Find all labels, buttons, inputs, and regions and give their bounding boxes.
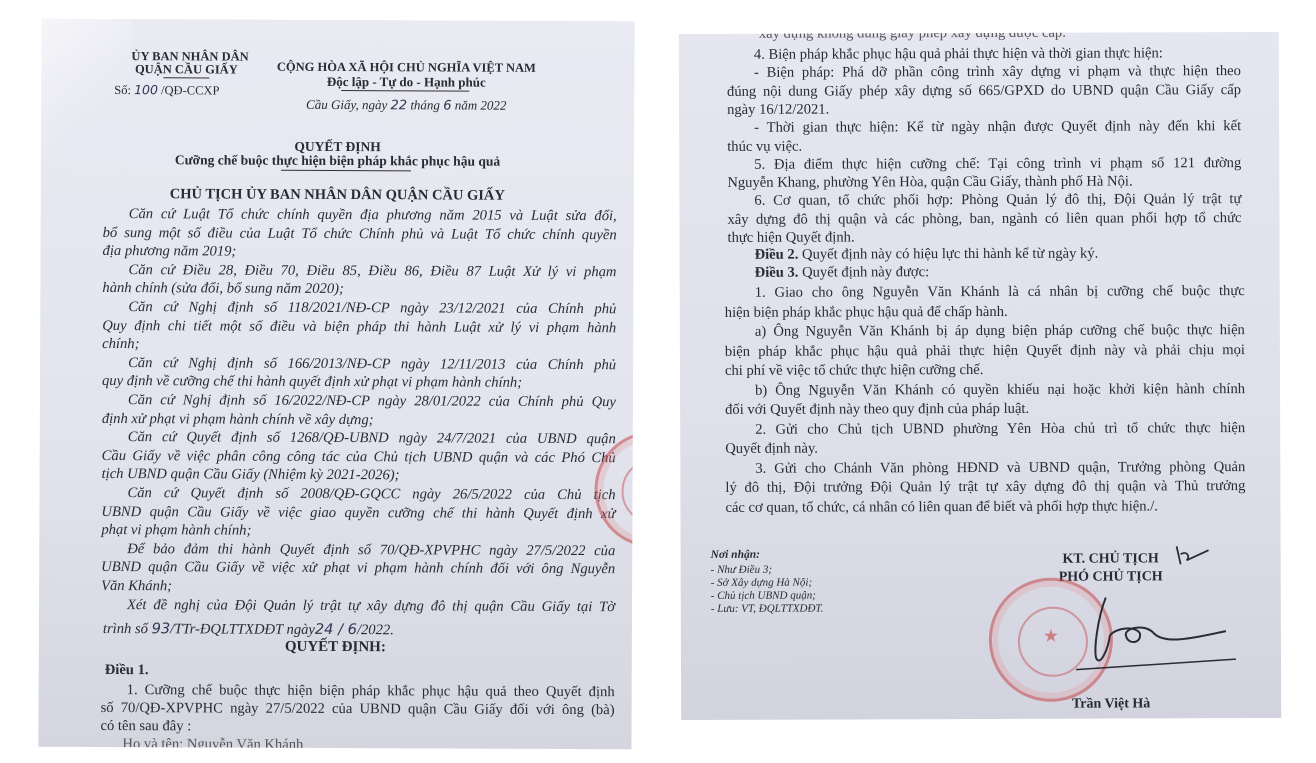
legal-basis-line: định xử phạt vi phạm hành chính về xây d… bbox=[102, 410, 374, 429]
article-3-line: 3. Gửi cho Chánh Văn phòng HĐND và UBND … bbox=[755, 458, 1245, 478]
legal-basis-line: Căn cứ Luật Tổ chức chính quyền địa phươ… bbox=[129, 205, 617, 225]
legal-basis-line: phạt vi phạm hành chính; bbox=[101, 521, 251, 540]
proposal-middle: /TTr-ĐQLTTXDĐT ngày bbox=[170, 621, 315, 638]
article-1-line: 1. Cưỡng chế buộc thực hiện biện pháp kh… bbox=[127, 681, 615, 701]
article-3-line: a) Ông Nguyễn Văn Khánh bị áp dụng biện … bbox=[755, 321, 1245, 341]
date-month: 6 bbox=[443, 98, 451, 113]
article-1-line: có tên sau đây : bbox=[100, 717, 191, 735]
measure-line: - Thời gian thực hiện: Kể từ ngày nhận đ… bbox=[754, 117, 1241, 137]
article-3-line: các cơ quan, tổ chức, cá nhân có liên qu… bbox=[725, 497, 1157, 517]
article-3-line: chi phí về việc tổ chức thực hiện cưỡng … bbox=[725, 361, 983, 380]
proposal-date: 24 / 6 bbox=[315, 621, 357, 638]
measure-line: 4. Biện pháp khắc phục hậu quả phải thực… bbox=[754, 44, 1163, 63]
article-2: Điều 2. Quyết định này có hiệu lực thi h… bbox=[755, 245, 1099, 264]
initial-signature bbox=[1173, 544, 1213, 566]
legal-basis-line: Căn cứ Nghị định số 16/2022/NĐ-CP ngày 2… bbox=[128, 391, 616, 411]
legal-basis-line: Văn Khánh; bbox=[101, 577, 172, 595]
date-prefix: Cầu Giấy, ngày bbox=[306, 97, 387, 112]
document-page-right: xây dựng không đúng giấy phép xây dựng đ… bbox=[679, 32, 1281, 720]
measure-line: đúng nội dung Giấy phép xây dựng số 665/… bbox=[727, 81, 1241, 101]
article-2-label: Điều 2. bbox=[755, 247, 799, 263]
measure-line: 5. Địa điểm thực hiện cưỡng chế: Tại côn… bbox=[754, 154, 1241, 174]
measure-line: thực hiện Quyết định. bbox=[727, 228, 854, 246]
proposal-suffix: /2022. bbox=[357, 622, 394, 638]
article-3-line: 2. Gửi cho Chủ tịch UBND phường Yên Hòa … bbox=[755, 419, 1245, 439]
article-3-line: biện pháp khắc phục hậu quả phải thực hi… bbox=[725, 341, 1245, 361]
date-month-label: tháng bbox=[410, 97, 440, 112]
recipient-item: - Lưu: VT, ĐQLTTXDĐT. bbox=[711, 602, 824, 616]
legal-basis-line: tịch UBND quận Cầu Giấy (Nhiệm kỳ 2021-2… bbox=[102, 465, 400, 484]
legal-basis-line: Để bảo đảm thi hành Quyết định số 70/QĐ-… bbox=[127, 540, 615, 560]
number-prefix: Số: bbox=[114, 83, 131, 97]
issuing-authority: CHỦ TỊCH ỦY BAN NHÂN DÂN QUẬN CẦU GIẤY bbox=[41, 185, 634, 206]
article-3-line: hiện biện pháp khắc phục hậu quả để chấp… bbox=[725, 302, 1008, 321]
legal-basis-line: chính; bbox=[102, 335, 139, 353]
number-suffix: /QĐ-CCXP bbox=[161, 83, 219, 97]
date-day: 22 bbox=[391, 98, 408, 113]
agency-line-2: QUẬN CẦU GIẤY bbox=[131, 62, 241, 76]
motto-underline bbox=[341, 90, 469, 92]
article-3-line: b) Ông Nguyễn Văn Khánh có quyền khiếu n… bbox=[755, 380, 1245, 400]
article-3-line: 1. Giao cho ông Nguyễn Văn Khánh là cá n… bbox=[755, 282, 1245, 302]
legal-basis-line: Căn cứ Nghị định số 166/2013/NĐ-CP ngày … bbox=[128, 354, 616, 374]
legal-basis-line: địa phương năm 2019; bbox=[103, 242, 237, 261]
legal-basis-line: Xét đề nghị của Đội Quản lý trật tự xây … bbox=[127, 596, 615, 616]
stamp-star-icon: ★ bbox=[992, 625, 1110, 646]
issue-date: Cầu Giấy, ngày 22 tháng 6 năm 2022 bbox=[241, 96, 571, 116]
article-2-text: Quyết định này có hiệu lực thi hành kể t… bbox=[802, 246, 1098, 263]
legal-basis-line: Quy định chi tiết một số điều và biện ph… bbox=[102, 317, 616, 337]
article-3-line: đối với Quyết định này theo quy định của… bbox=[725, 400, 1029, 419]
stamp-star-icon: ★ bbox=[598, 476, 635, 497]
article-3-text: Quyết định này được: bbox=[802, 264, 929, 280]
measure-line: xây dựng đô thị quận và các phòng, ban, … bbox=[727, 209, 1241, 229]
nation-motto: Độc lập - Tự do - Hạnh phúc bbox=[241, 73, 571, 92]
signer-name: Trần Việt Hà bbox=[1011, 695, 1211, 714]
legal-basis-line: Căn cứ Điều 28, Điều 70, Điều 85, Điều 8… bbox=[128, 261, 616, 281]
article-3-label: Điều 3. bbox=[755, 265, 799, 281]
subtitle-underline bbox=[281, 170, 411, 172]
legal-basis-line: UBND quận Cầu Giấy về việc giao quyền cư… bbox=[101, 503, 615, 523]
proposal-number: 93 bbox=[152, 620, 171, 637]
document-page-left: ỦY BAN NHÂN DÂN QUẬN CẦU GIẤY Số: 100 /Q… bbox=[38, 19, 634, 750]
cropped-name-line: Họ và tên: Nguyễn Văn Khánh bbox=[122, 735, 303, 749]
proposal-prefix: trình số bbox=[103, 621, 148, 637]
legal-basis-line: quy định về cưỡng chế thi hành quyết địn… bbox=[102, 372, 522, 392]
recipients-heading: Nơi nhận: bbox=[711, 549, 760, 562]
measure-line: - Biện pháp: Phá dỡ phần công trình xây … bbox=[754, 62, 1241, 82]
agency-underline bbox=[163, 77, 209, 78]
legal-basis-line: Căn cứ Nghị định số 118/2021/NĐ-CP ngày … bbox=[128, 298, 616, 318]
measure-line: thúc vụ việc. bbox=[727, 137, 802, 155]
measure-line: ngày 16/12/2021. bbox=[727, 100, 829, 118]
decision-heading: QUYẾT ĐỊNH: bbox=[39, 637, 632, 658]
date-year: năm 2022 bbox=[455, 98, 507, 113]
legal-basis-line: Căn cứ Quyết định số 2008/QĐ-GQCC ngày 2… bbox=[127, 484, 615, 504]
legal-basis-line: UBND quận Cầu Giấy về việc xử phạt vi ph… bbox=[101, 558, 615, 578]
cropped-top-line: xây dựng không đúng giấy phép xây dựng đ… bbox=[759, 32, 1066, 43]
article-3: Điều 3. Quyết định này được: bbox=[755, 263, 930, 282]
article-3-line: lý đô thị, Đội trưởng Đội Quản lý trật t… bbox=[725, 477, 1245, 497]
legal-basis-line: hành chính (sửa đổi, bổ sung năm 2020); bbox=[102, 279, 344, 298]
article-1-heading: Điều 1. bbox=[105, 661, 149, 679]
measure-line: Nguyễn Khang, phường Yên Hòa, quận Cầu G… bbox=[727, 173, 1132, 192]
document-number: Số: 100 /QĐ-CCXP bbox=[114, 81, 219, 99]
number-handwritten: 100 bbox=[134, 82, 158, 97]
article-3-line: Quyết định này. bbox=[725, 440, 818, 458]
article-1-line: số 70/QĐ-XPVPHC ngày 27/5/2022 của UBND … bbox=[101, 699, 615, 719]
legal-basis-line: Căn cứ Quyết định số 1268/QĐ-UBND ngày 2… bbox=[128, 428, 616, 448]
legal-basis-line: Cầu Giấy về việc phân công công tác của … bbox=[102, 447, 616, 467]
document-subtitle: Cưỡng chế buộc thực hiện biện pháp khắc … bbox=[41, 151, 634, 172]
measure-line: 6. Cơ quan, tổ chức phối hợp: Phòng Quản… bbox=[754, 190, 1241, 210]
legal-basis-line: bổ sung một số điều của Luật Tổ chức Chí… bbox=[103, 224, 617, 244]
